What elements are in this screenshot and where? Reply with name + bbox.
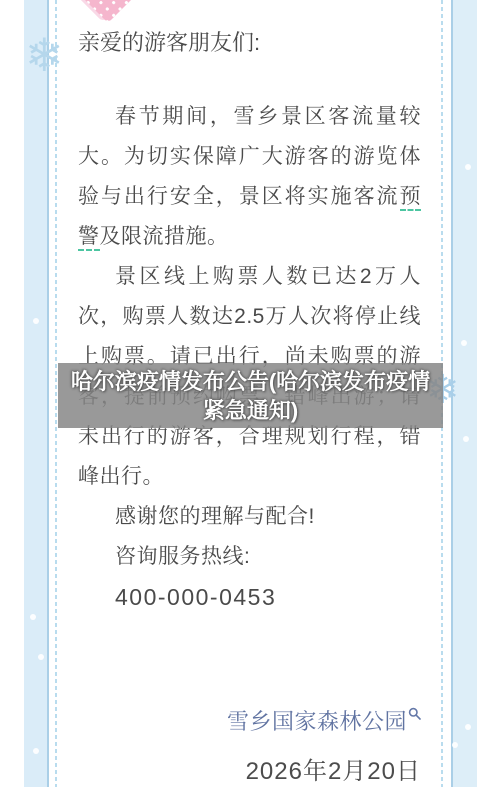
signature-search-link[interactable]: 雪乡国家森林公园: [78, 693, 421, 742]
paragraph-crowd-warning: 春节期间，雪乡景区客流量较大。为切实保障广大游客的游览体验与出行安全，景区将实施…: [78, 97, 421, 257]
snow-dot: [461, 340, 467, 346]
left-blue-strip: [24, 0, 47, 787]
greeting-text: 亲爱的游客朋友们:: [78, 23, 421, 63]
paragraph-text: 及限流措施。: [100, 225, 229, 248]
notice-page: ❄ ❄ 亲爱的游客朋友们: 春节期间，雪乡景区客流量较大。为切实保障广大游客的游…: [0, 0, 500, 787]
snow-dot: [465, 164, 471, 170]
watermark-overlay: 哈尔滨疫情发布公告(哈尔滨发布疫情紧急通知): [58, 363, 443, 428]
thanks-text: 感谢您的理解与配合!: [78, 497, 421, 537]
hotline-number: 400-000-0453: [78, 577, 421, 617]
hotline-label: 咨询服务热线:: [78, 537, 421, 577]
snow-dot: [33, 748, 39, 754]
left-border-line: [47, 0, 49, 787]
left-dashed-line: [55, 0, 57, 787]
snow-dot: [452, 742, 458, 748]
snow-dot: [30, 614, 36, 620]
snow-dot: [463, 436, 469, 442]
watermark-title: 哈尔滨疫情发布公告(哈尔滨发布疫情紧急通知): [66, 367, 435, 425]
paragraph-text: 春节期间，雪乡景区客流量较大。为切实保障广大游客的游览体验与出行安全，景区将实施…: [78, 105, 421, 208]
search-icon[interactable]: [408, 700, 421, 725]
signature-name: 雪乡国家森林公园: [227, 709, 407, 734]
notice-date: 2026年2月20日: [78, 752, 421, 787]
snow-dot: [465, 724, 471, 730]
snow-dot: [38, 654, 44, 660]
snow-dot: [33, 318, 39, 324]
